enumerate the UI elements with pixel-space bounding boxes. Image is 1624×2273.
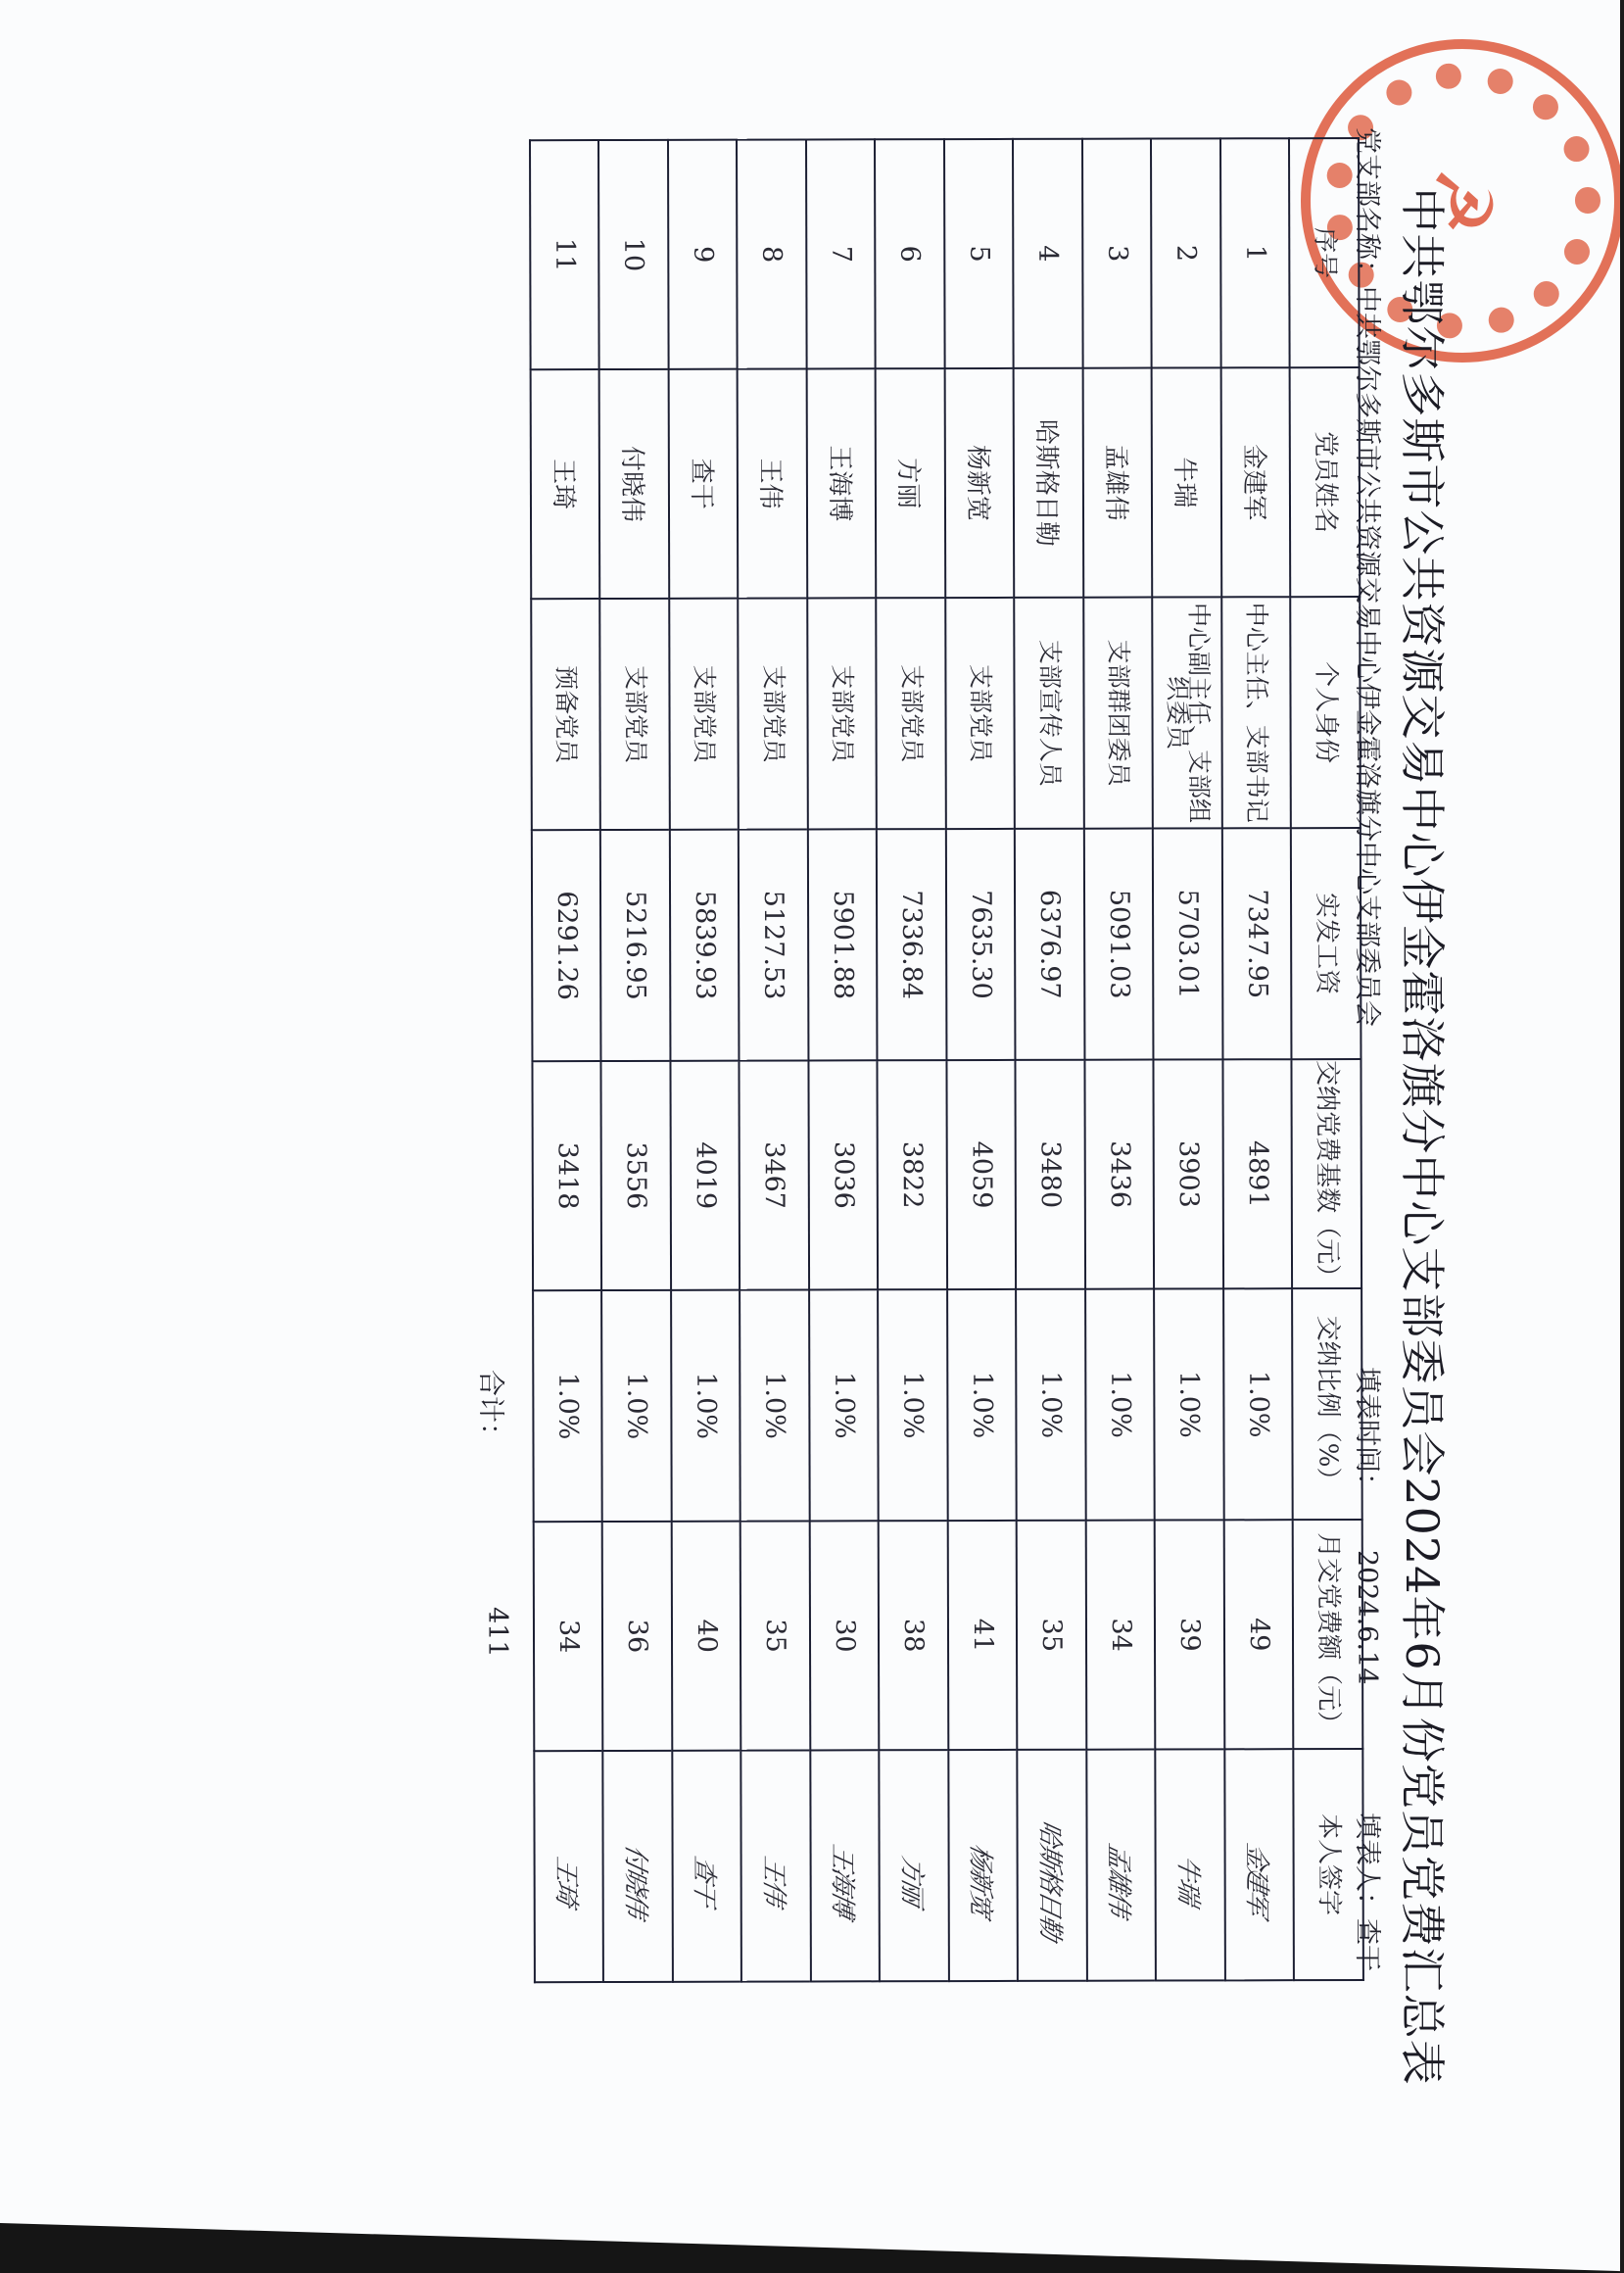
signature-field: 孟雄伟 bbox=[1086, 1742, 1156, 1988]
header-salary: 实发工资 bbox=[1291, 828, 1361, 1059]
document-title: 中共鄂尔多斯市公共资源交易中心伊金霍洛旗分中心支部委员会2024年6月份党员党费… bbox=[1393, 0, 1457, 2273]
total-value: 411 bbox=[482, 1607, 512, 1658]
cell-fee: 40 bbox=[672, 1522, 741, 1751]
cell-rate: 1.0% bbox=[671, 1290, 740, 1522]
cell-fee: 49 bbox=[1224, 1520, 1294, 1749]
cell-rate: 1.0% bbox=[947, 1289, 1017, 1521]
cell-role: 支部党员 bbox=[945, 598, 1015, 829]
signature-field: 金建军 bbox=[1224, 1742, 1294, 1988]
cell-name: 牛瑞 bbox=[1152, 367, 1221, 597]
cell-base: 3822 bbox=[878, 1060, 947, 1289]
cell-name: 杨新宽 bbox=[945, 368, 1015, 598]
signature-field: 查干 bbox=[672, 1743, 741, 1989]
cell-role: 支部党员 bbox=[600, 599, 670, 830]
cell-role: 支部宣传人员 bbox=[1015, 598, 1084, 829]
table-row: 11王琦预备党员6291.2634181.0%34王琦 bbox=[530, 140, 603, 1982]
cell-name: 王琦 bbox=[531, 369, 600, 599]
cell-base: 3556 bbox=[601, 1061, 671, 1290]
cell-name: 方丽 bbox=[876, 368, 945, 598]
cell-salary: 5091.03 bbox=[1084, 829, 1154, 1060]
table-row: 9查干支部党员5839.9340191.0%40查干 bbox=[668, 140, 741, 1982]
cell-role: 支部党员 bbox=[807, 598, 877, 829]
cell-no: 8 bbox=[738, 139, 807, 368]
signature-field: 王海博 bbox=[810, 1743, 880, 1989]
cell-role: 支部党员 bbox=[669, 599, 739, 830]
table-row: 2牛瑞中心副主任、支部组织委员5703.0139031.0%39牛瑞 bbox=[1152, 138, 1225, 1980]
cell-salary: 6291.26 bbox=[532, 830, 601, 1061]
header-signature: 本人签字 bbox=[1294, 1749, 1363, 1980]
cell-base: 3418 bbox=[532, 1061, 601, 1290]
cell-salary: 5703.01 bbox=[1153, 828, 1222, 1059]
signature-field: 王伟 bbox=[741, 1743, 811, 1989]
cell-salary: 6376.97 bbox=[1015, 829, 1084, 1060]
cell-fee: 39 bbox=[1155, 1520, 1224, 1749]
header-base: 交纳党费基数（元） bbox=[1292, 1059, 1361, 1288]
document-page: ☭ 中共鄂尔多斯市公共资源交易中心伊金霍洛旗分中心支部委员会2024年6月份党员… bbox=[0, 0, 1624, 2273]
cell-fee: 34 bbox=[534, 1522, 603, 1751]
cell-name: 金建军 bbox=[1221, 367, 1291, 597]
cell-name: 查干 bbox=[669, 369, 739, 599]
cell-rate: 1.0% bbox=[533, 1290, 602, 1522]
cell-fee: 36 bbox=[602, 1522, 672, 1751]
cell-rate: 1.0% bbox=[740, 1289, 810, 1521]
cell-base: 4891 bbox=[1222, 1059, 1292, 1288]
scan-edge-right bbox=[1620, 0, 1624, 2273]
cell-no: 10 bbox=[599, 140, 669, 369]
cell-fee: 35 bbox=[1017, 1521, 1086, 1750]
header-no: 序号 bbox=[1290, 138, 1360, 367]
cell-fee: 30 bbox=[810, 1521, 880, 1750]
cell-rate: 1.0% bbox=[1155, 1288, 1224, 1520]
header-rate: 交纳比例（%） bbox=[1293, 1288, 1362, 1520]
cell-fee: 34 bbox=[1086, 1521, 1156, 1750]
cell-rate: 1.0% bbox=[1085, 1289, 1155, 1521]
cell-rate: 1.0% bbox=[809, 1289, 879, 1521]
cell-role: 中心副主任、支部组织委员 bbox=[1153, 597, 1222, 828]
table-row: 6方丽支部党员7336.8438221.0%38方丽 bbox=[876, 139, 949, 1981]
cell-salary: 5839.93 bbox=[670, 830, 740, 1061]
cell-rate: 1.0% bbox=[1017, 1289, 1086, 1521]
cell-role: 预备党员 bbox=[531, 599, 600, 830]
cell-name: 王伟 bbox=[738, 368, 807, 598]
cell-name: 孟雄伟 bbox=[1083, 368, 1153, 598]
cell-no: 5 bbox=[944, 139, 1014, 368]
cell-no: 7 bbox=[806, 139, 876, 368]
signature-field: 杨新宽 bbox=[948, 1743, 1018, 1989]
cell-salary: 5127.53 bbox=[739, 829, 808, 1060]
cell-no: 6 bbox=[876, 139, 945, 368]
cell-role: 支部党员 bbox=[877, 598, 946, 829]
cell-fee: 38 bbox=[879, 1521, 948, 1750]
signature-field: 付晓伟 bbox=[603, 1744, 673, 1990]
cell-name: 付晓伟 bbox=[599, 369, 669, 599]
header-name: 党员姓名 bbox=[1290, 367, 1360, 597]
table-header-row: 序号 党员姓名 个人身份 实发工资 交纳党费基数（元） 交纳比例（%） 月交党费… bbox=[1290, 138, 1363, 1980]
cell-fee: 41 bbox=[948, 1521, 1018, 1750]
cell-base: 4059 bbox=[946, 1060, 1016, 1289]
cell-base: 3480 bbox=[1016, 1060, 1085, 1289]
cell-name: 哈斯格日勒 bbox=[1014, 368, 1083, 598]
cell-no: 4 bbox=[1014, 139, 1083, 368]
cell-no: 11 bbox=[530, 140, 599, 369]
cell-role: 支部群团委员 bbox=[1083, 598, 1153, 829]
cell-salary: 5216.95 bbox=[600, 830, 670, 1061]
cell-no: 2 bbox=[1152, 138, 1221, 367]
cell-salary: 5901.88 bbox=[808, 829, 878, 1060]
cell-name: 王海博 bbox=[807, 368, 877, 598]
cell-salary: 7347.95 bbox=[1222, 828, 1292, 1059]
cell-rate: 1.0% bbox=[1223, 1288, 1293, 1520]
cell-salary: 7336.84 bbox=[877, 829, 946, 1060]
table-row: 4哈斯格日勒支部宣传人员6376.9734801.0%35哈斯格日勒 bbox=[1014, 139, 1087, 1981]
cell-base: 3436 bbox=[1084, 1060, 1154, 1289]
cell-role: 中心主任、支部书记 bbox=[1221, 597, 1291, 828]
cell-rate: 1.0% bbox=[879, 1289, 948, 1521]
cell-no: 9 bbox=[668, 140, 738, 369]
signature-field: 哈斯格日勒 bbox=[1018, 1742, 1087, 1988]
signature-field: 王琦 bbox=[534, 1744, 603, 1990]
table-row: 7王海博支部党员5901.8830361.0%30王海博 bbox=[806, 139, 880, 1981]
cell-base: 3467 bbox=[740, 1060, 809, 1289]
cell-base: 4019 bbox=[670, 1061, 740, 1290]
table-row: 8王伟支部党员5127.5334671.0%35王伟 bbox=[738, 139, 811, 1981]
header-fee: 月交党费额（元） bbox=[1293, 1520, 1362, 1749]
header-role: 个人身份 bbox=[1291, 597, 1361, 828]
table-row: 3孟雄伟支部群团委员5091.0334361.0%34孟雄伟 bbox=[1082, 139, 1156, 1981]
cell-no: 1 bbox=[1220, 138, 1290, 367]
dues-table: 序号 党员姓名 个人身份 实发工资 交纳党费基数（元） 交纳比例（%） 月交党费… bbox=[529, 137, 1364, 1983]
cell-fee: 35 bbox=[740, 1521, 810, 1750]
signature-field: 牛瑞 bbox=[1156, 1742, 1225, 1988]
cell-salary: 7635.30 bbox=[946, 829, 1016, 1060]
cell-base: 3903 bbox=[1154, 1059, 1223, 1288]
table-row: 1金建军中心主任、支部书记7347.9548911.0%49金建军 bbox=[1220, 138, 1294, 1980]
cell-base: 3036 bbox=[808, 1060, 878, 1289]
table-row: 5杨新宽支部党员7635.3040591.0%41杨新宽 bbox=[944, 139, 1018, 1981]
cell-no: 3 bbox=[1082, 139, 1152, 368]
table-row: 10付晓伟支部党员5216.9535561.0%36付晓伟 bbox=[599, 140, 673, 1982]
signature-field: 方丽 bbox=[880, 1743, 949, 1989]
total-label: 合计： bbox=[474, 1370, 512, 1449]
cell-role: 支部党员 bbox=[739, 598, 808, 829]
cell-rate: 1.0% bbox=[602, 1290, 672, 1522]
